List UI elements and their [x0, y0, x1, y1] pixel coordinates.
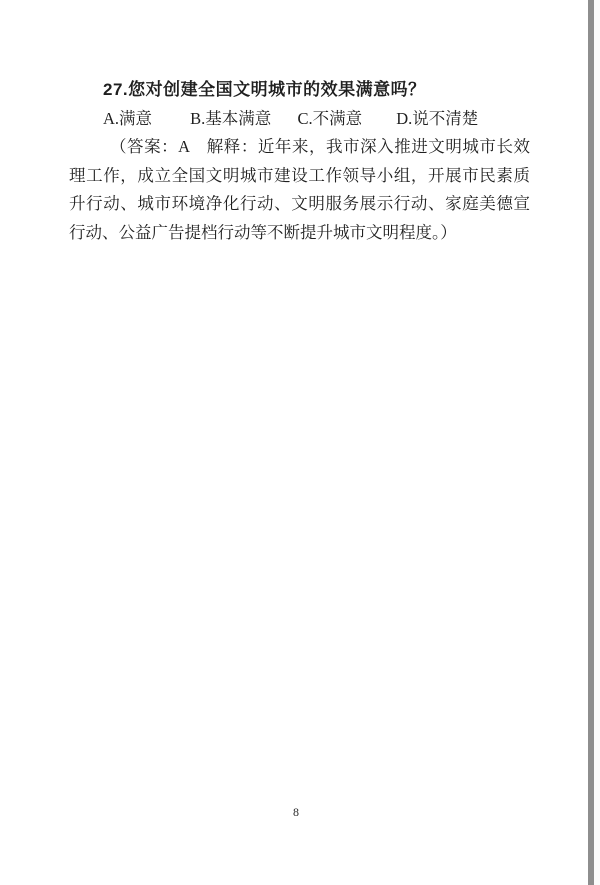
- explanation-line-4: 行动、公益广告提档行动等不断提升城市文明程度。）: [69, 219, 530, 248]
- page-edge-highlight: [594, 0, 600, 885]
- explanation-line-2: 理工作，成立全国文明城市建设工作领导小组，开展市民素质提: [69, 162, 530, 191]
- option-c: C.不满意: [297, 105, 362, 134]
- option-d: D.说不清楚: [396, 105, 478, 134]
- explanation-line-1: （答案：A 解释：近年来，我市深入推进文明城市长效管: [69, 133, 530, 162]
- question-block: 27.您对创建全国文明城市的效果满意吗？ A.满意 B.基本满意 C.不满意 D…: [69, 76, 530, 247]
- options-line: A.满意 B.基本满意 C.不满意 D.说不清楚: [69, 105, 530, 134]
- document-page: 27.您对创建全国文明城市的效果满意吗？ A.满意 B.基本满意 C.不满意 D…: [0, 0, 600, 885]
- page-number: 8: [0, 805, 592, 820]
- question-text: 27.您对创建全国文明城市的效果满意吗？: [69, 76, 530, 105]
- answer-explanation: （答案：A 解释：近年来，我市深入推进文明城市长效管 理工作，成立全国文明城市建…: [69, 133, 530, 247]
- option-a: A.满意: [103, 105, 152, 134]
- explanation-line-3: 升行动、城市环境净化行动、文明服务展示行动、家庭美德宣传: [69, 190, 530, 219]
- option-b: B.基本满意: [190, 105, 271, 134]
